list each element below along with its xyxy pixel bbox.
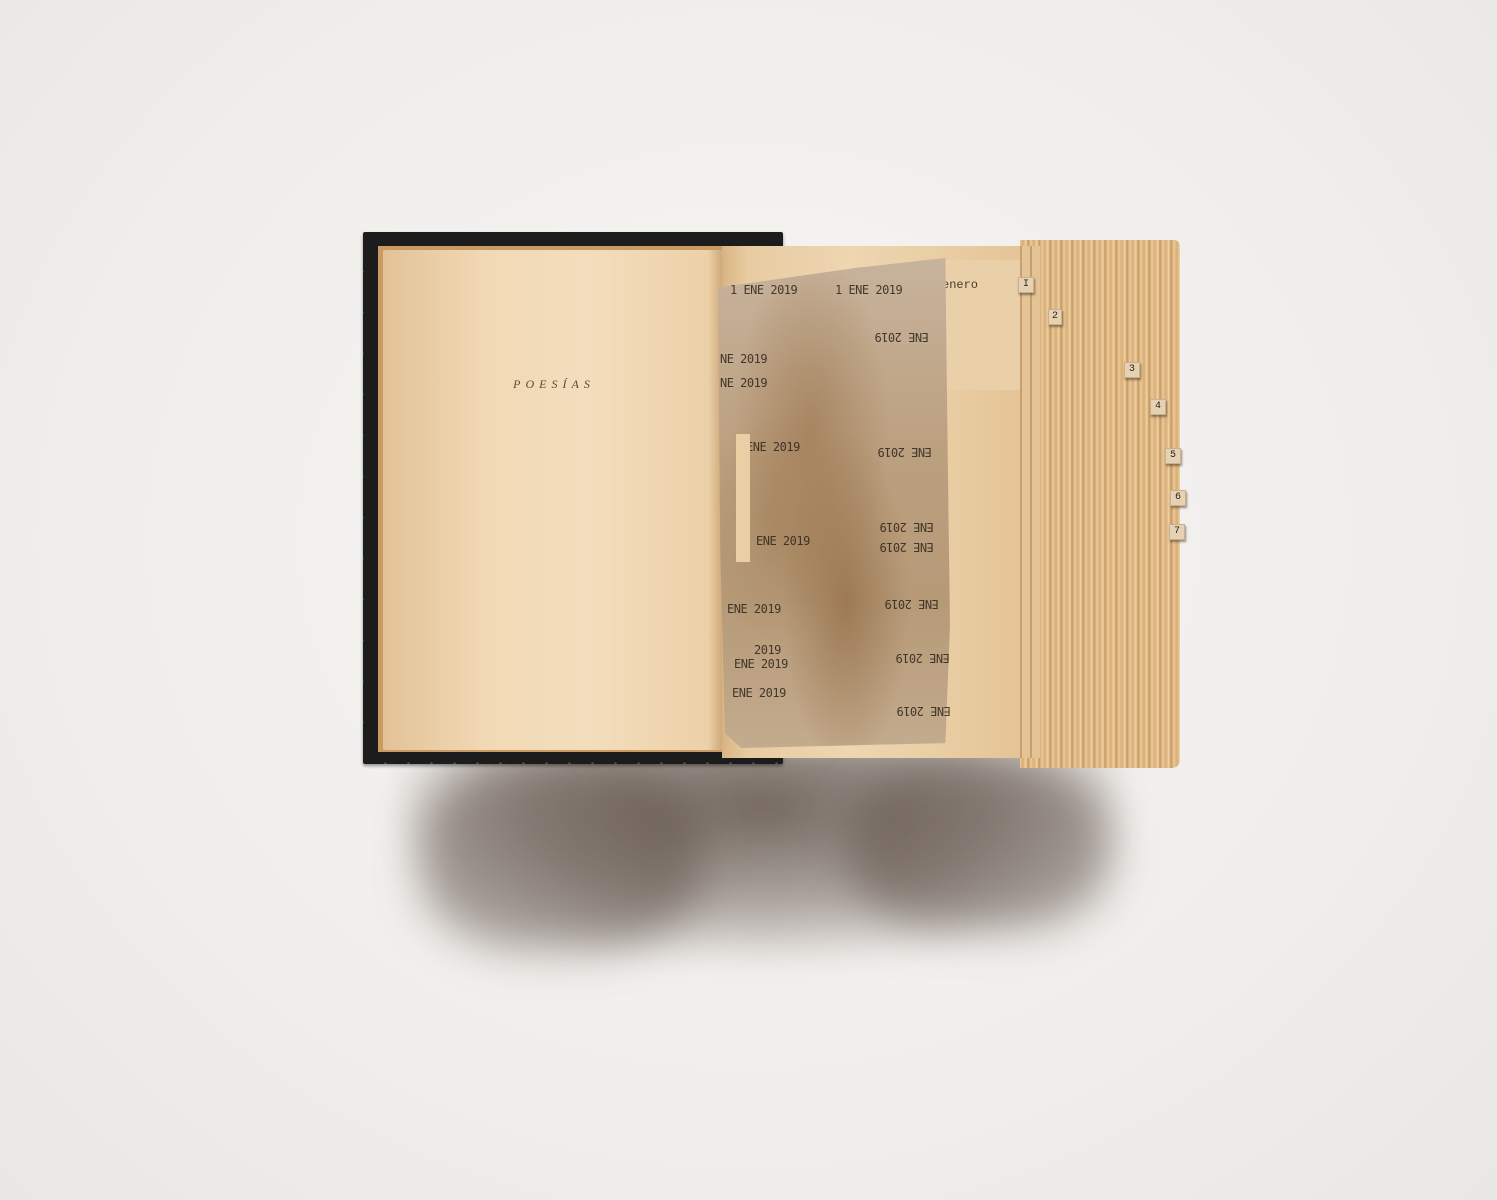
date-stamp: ENE 2019	[732, 686, 786, 700]
page-tab-6[interactable]: 6	[1170, 490, 1186, 506]
date-stamp: ENE 2019	[897, 704, 951, 718]
date-stamp: ENE 2019	[896, 651, 950, 665]
date-stamp: ENE 2019	[756, 534, 810, 548]
page-block-edges	[1020, 240, 1180, 768]
page-tab-1[interactable]: I	[1018, 277, 1034, 293]
book-shadow-left	[420, 760, 700, 950]
page-tab-4[interactable]: 4	[1150, 399, 1166, 415]
date-stamp: 1 ENE 2019	[730, 283, 797, 297]
page-tab-3[interactable]: 3	[1124, 362, 1140, 378]
date-stamp: 2019	[754, 643, 781, 657]
date-stamp: 1 ENE 2019	[835, 283, 902, 297]
date-stamp: ENE 2019	[746, 440, 800, 454]
date-stamp: ENE 2019	[880, 540, 934, 554]
left-page: POESÍAS	[383, 250, 725, 750]
paper-insert-strip	[736, 434, 750, 562]
page-title: POESÍAS	[383, 377, 725, 392]
page-tab-2[interactable]: 2	[1048, 309, 1062, 325]
date-stamp: ENE 2019	[880, 520, 934, 534]
page-edge-line	[1030, 246, 1032, 758]
page-edge-line	[1020, 246, 1022, 758]
date-stamp: NE 2019	[720, 352, 767, 366]
page-tab-7[interactable]: 7	[1169, 524, 1185, 540]
date-stamp: ENE 2019	[727, 602, 781, 616]
date-stamp: ENE 2019	[885, 597, 939, 611]
date-stamp: ENE 2019	[878, 445, 932, 459]
date-stamp: ENE 2019	[875, 330, 929, 344]
date-stamp: NE 2019	[720, 376, 767, 390]
month-label: enero	[942, 278, 978, 292]
book-shadow-right	[850, 760, 1110, 930]
date-stamp: ENE 2019	[734, 657, 788, 671]
page-tab-5[interactable]: 5	[1165, 448, 1181, 464]
